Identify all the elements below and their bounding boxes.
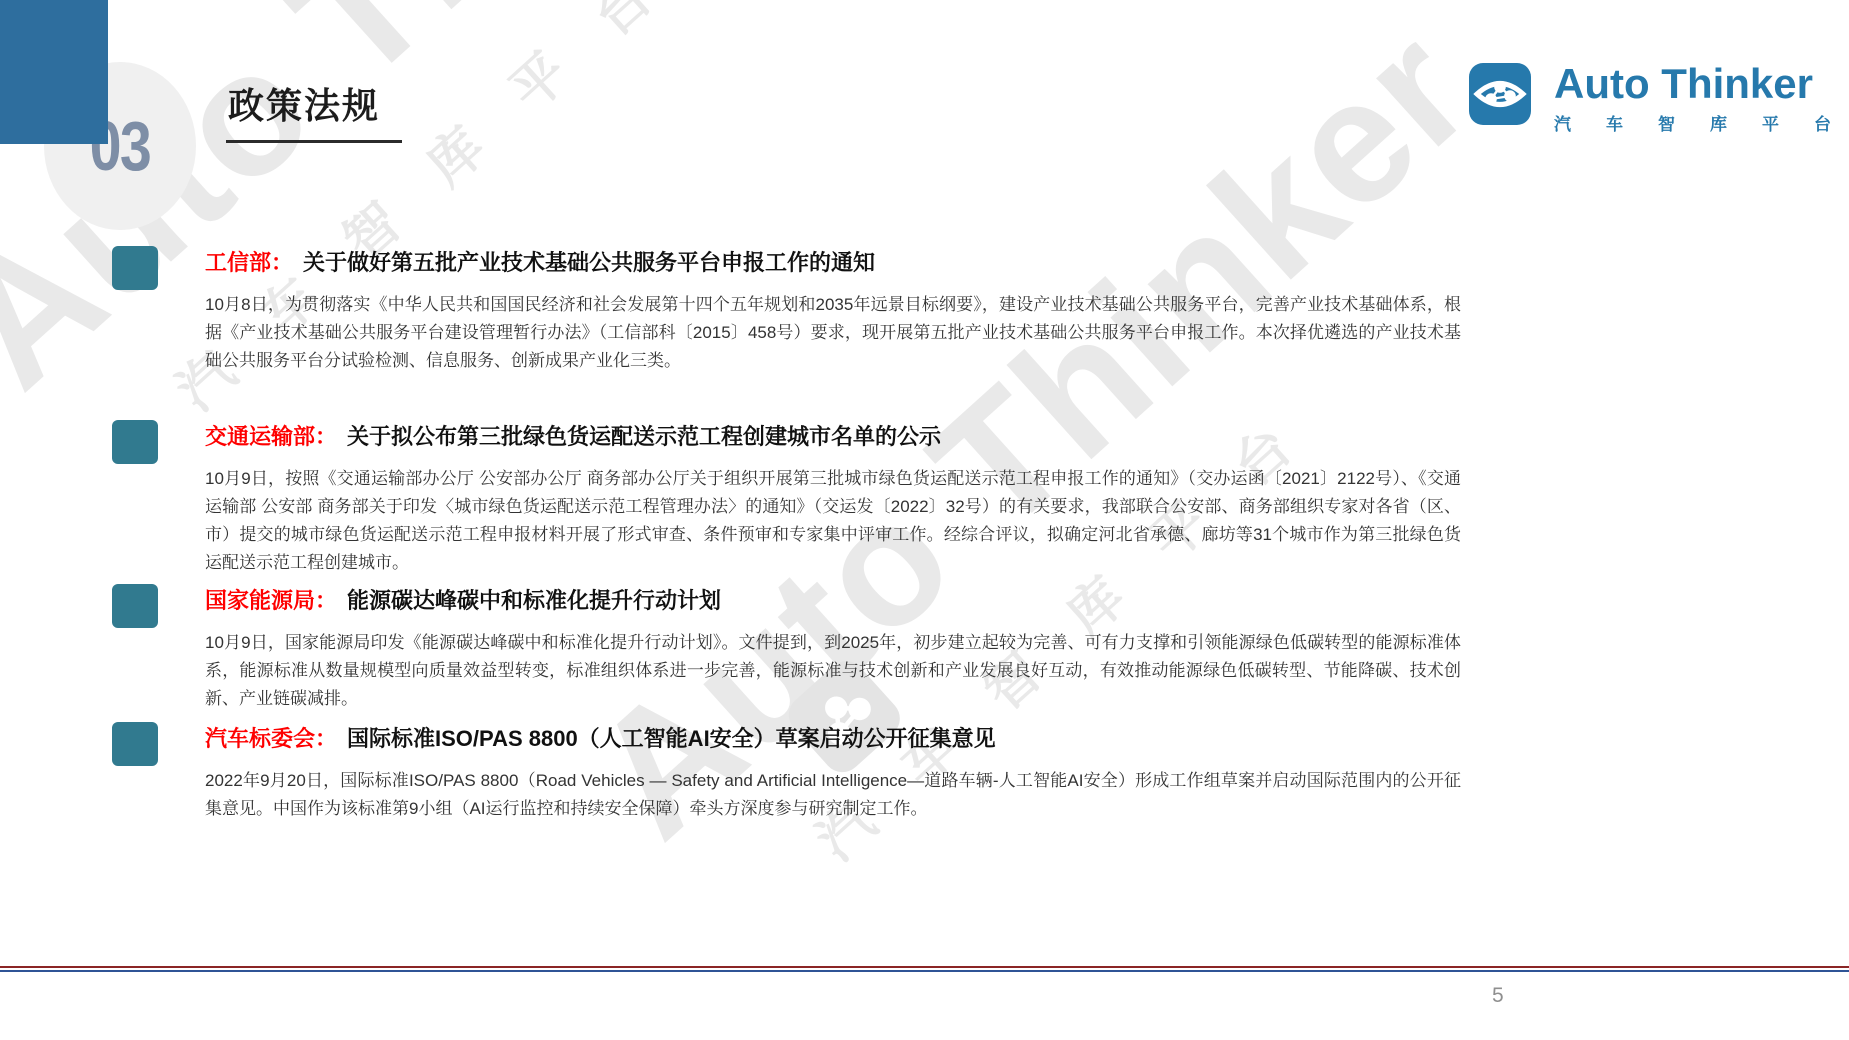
logo-name: Auto Thinker <box>1554 62 1849 106</box>
section-bullet-icon <box>112 420 158 464</box>
section-bullet-icon <box>112 584 158 628</box>
logo-subtitle: 汽车智库平台 <box>1554 110 1849 135</box>
section-heading: 汽车标委会：国际标准ISO/PAS 8800（人工智能AI安全）草案启动公开征集… <box>205 724 1461 754</box>
section-heading: 交通运输部：关于拟公布第三批绿色货运配送示范工程创建城市名单的公示 <box>205 422 1461 452</box>
section-body: 10月9日，国家能源局印发《能源碳达峰碳中和标准化提升行动计划》。文件提到，到2… <box>205 629 1461 713</box>
brand-logo: Auto Thinker 汽车智库平台 <box>1468 62 1849 135</box>
logo-text-column: Auto Thinker 汽车智库平台 <box>1554 62 1849 135</box>
section-source: 汽车标委会： <box>205 726 337 751</box>
section-body: 2022年9月20日，国际标准ISO/PAS 8800（Road Vehicle… <box>205 767 1461 823</box>
section-heading: 国家能源局：能源碳达峰碳中和标准化提升行动计划 <box>205 586 1461 616</box>
section-title: 能源碳达峰碳中和标准化提升行动计划 <box>347 588 721 613</box>
section-text: 汽车标委会：国际标准ISO/PAS 8800（人工智能AI安全）草案启动公开征集… <box>205 722 1461 823</box>
section-text: 交通运输部：关于拟公布第三批绿色货运配送示范工程创建城市名单的公示 10月9日，… <box>205 420 1461 577</box>
section-title: 关于做好第五批产业技术基础公共服务平台申报工作的通知 <box>303 250 875 275</box>
section-source: 交通运输部： <box>205 424 337 449</box>
page-number: 5 <box>1492 984 1504 1008</box>
section-source: 工信部： <box>205 250 293 275</box>
section-body: 10月9日，按照《交通运输部办公厅 公安部办公厅 商务部办公厅关于组织开展第三批… <box>205 465 1461 577</box>
footer-divider-blue <box>0 970 1849 972</box>
section-text: 工信部：关于做好第五批产业技术基础公共服务平台申报工作的通知 10月8日，为贯彻… <box>205 246 1461 375</box>
section-bullet-icon <box>112 722 158 766</box>
title-underline <box>226 140 402 143</box>
eye-network-icon <box>1468 62 1532 126</box>
footer-divider-red <box>0 966 1849 968</box>
section-heading: 工信部：关于做好第五批产业技术基础公共服务平台申报工作的通知 <box>205 248 1461 278</box>
section-title: 国际标准ISO/PAS 8800（人工智能AI安全）草案启动公开征集意见 <box>347 726 996 751</box>
section-bullet-icon <box>112 246 158 290</box>
section-text: 国家能源局：能源碳达峰碳中和标准化提升行动计划 10月9日，国家能源局印发《能源… <box>205 584 1461 713</box>
section-body: 10月8日，为贯彻落实《中华人民共和国国民经济和社会发展第十四个五年规划和203… <box>205 291 1461 375</box>
section-title: 关于拟公布第三批绿色货运配送示范工程创建城市名单的公示 <box>347 424 941 449</box>
section-source: 国家能源局： <box>205 588 337 613</box>
page-title: 政策法规 <box>228 78 380 129</box>
corner-accent-rect <box>0 0 108 144</box>
